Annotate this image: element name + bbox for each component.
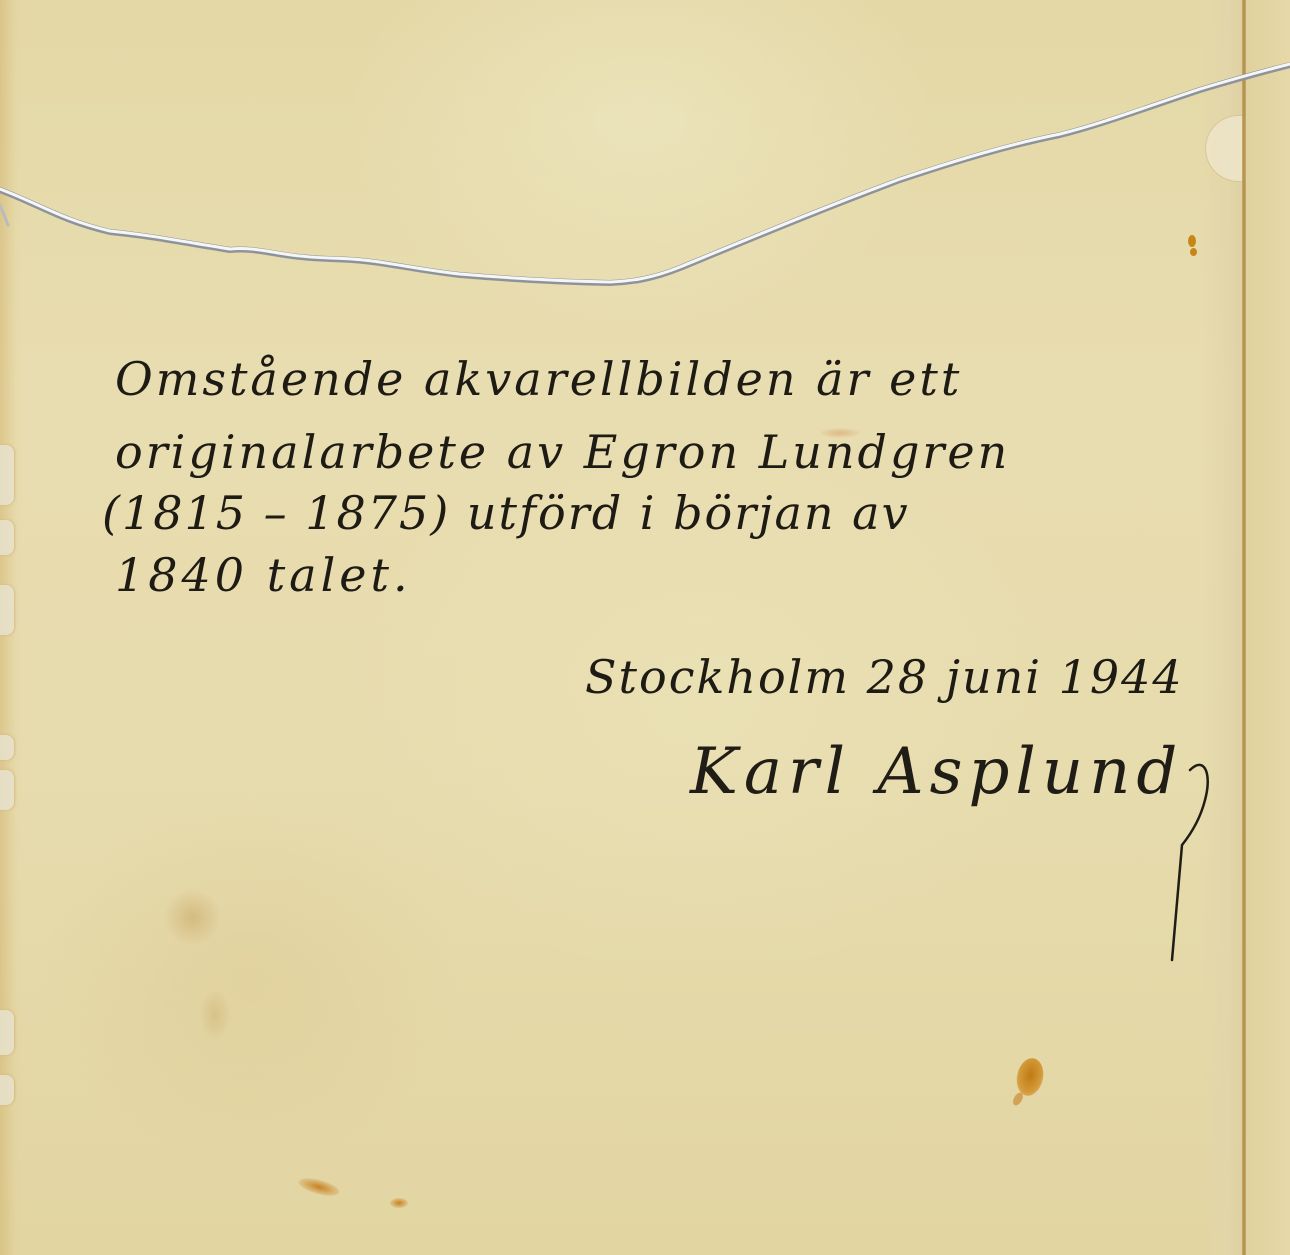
note-line-4: 1840 talet. <box>115 548 412 602</box>
note-line-3: (1815 – 1875) utförd i början av <box>102 486 910 540</box>
signature: Karl Asplund <box>690 735 1183 809</box>
note-line-2: originalarbete av Egron Lundgren <box>115 425 1010 479</box>
place-and-date: Stockholm 28 juni 1944 <box>585 650 1184 704</box>
handwritten-note: Omstående akvarellbilden är ett original… <box>0 0 1290 1255</box>
note-line-1: Omstående akvarellbilden är ett <box>115 352 962 406</box>
signature-flourish <box>1160 755 1220 965</box>
